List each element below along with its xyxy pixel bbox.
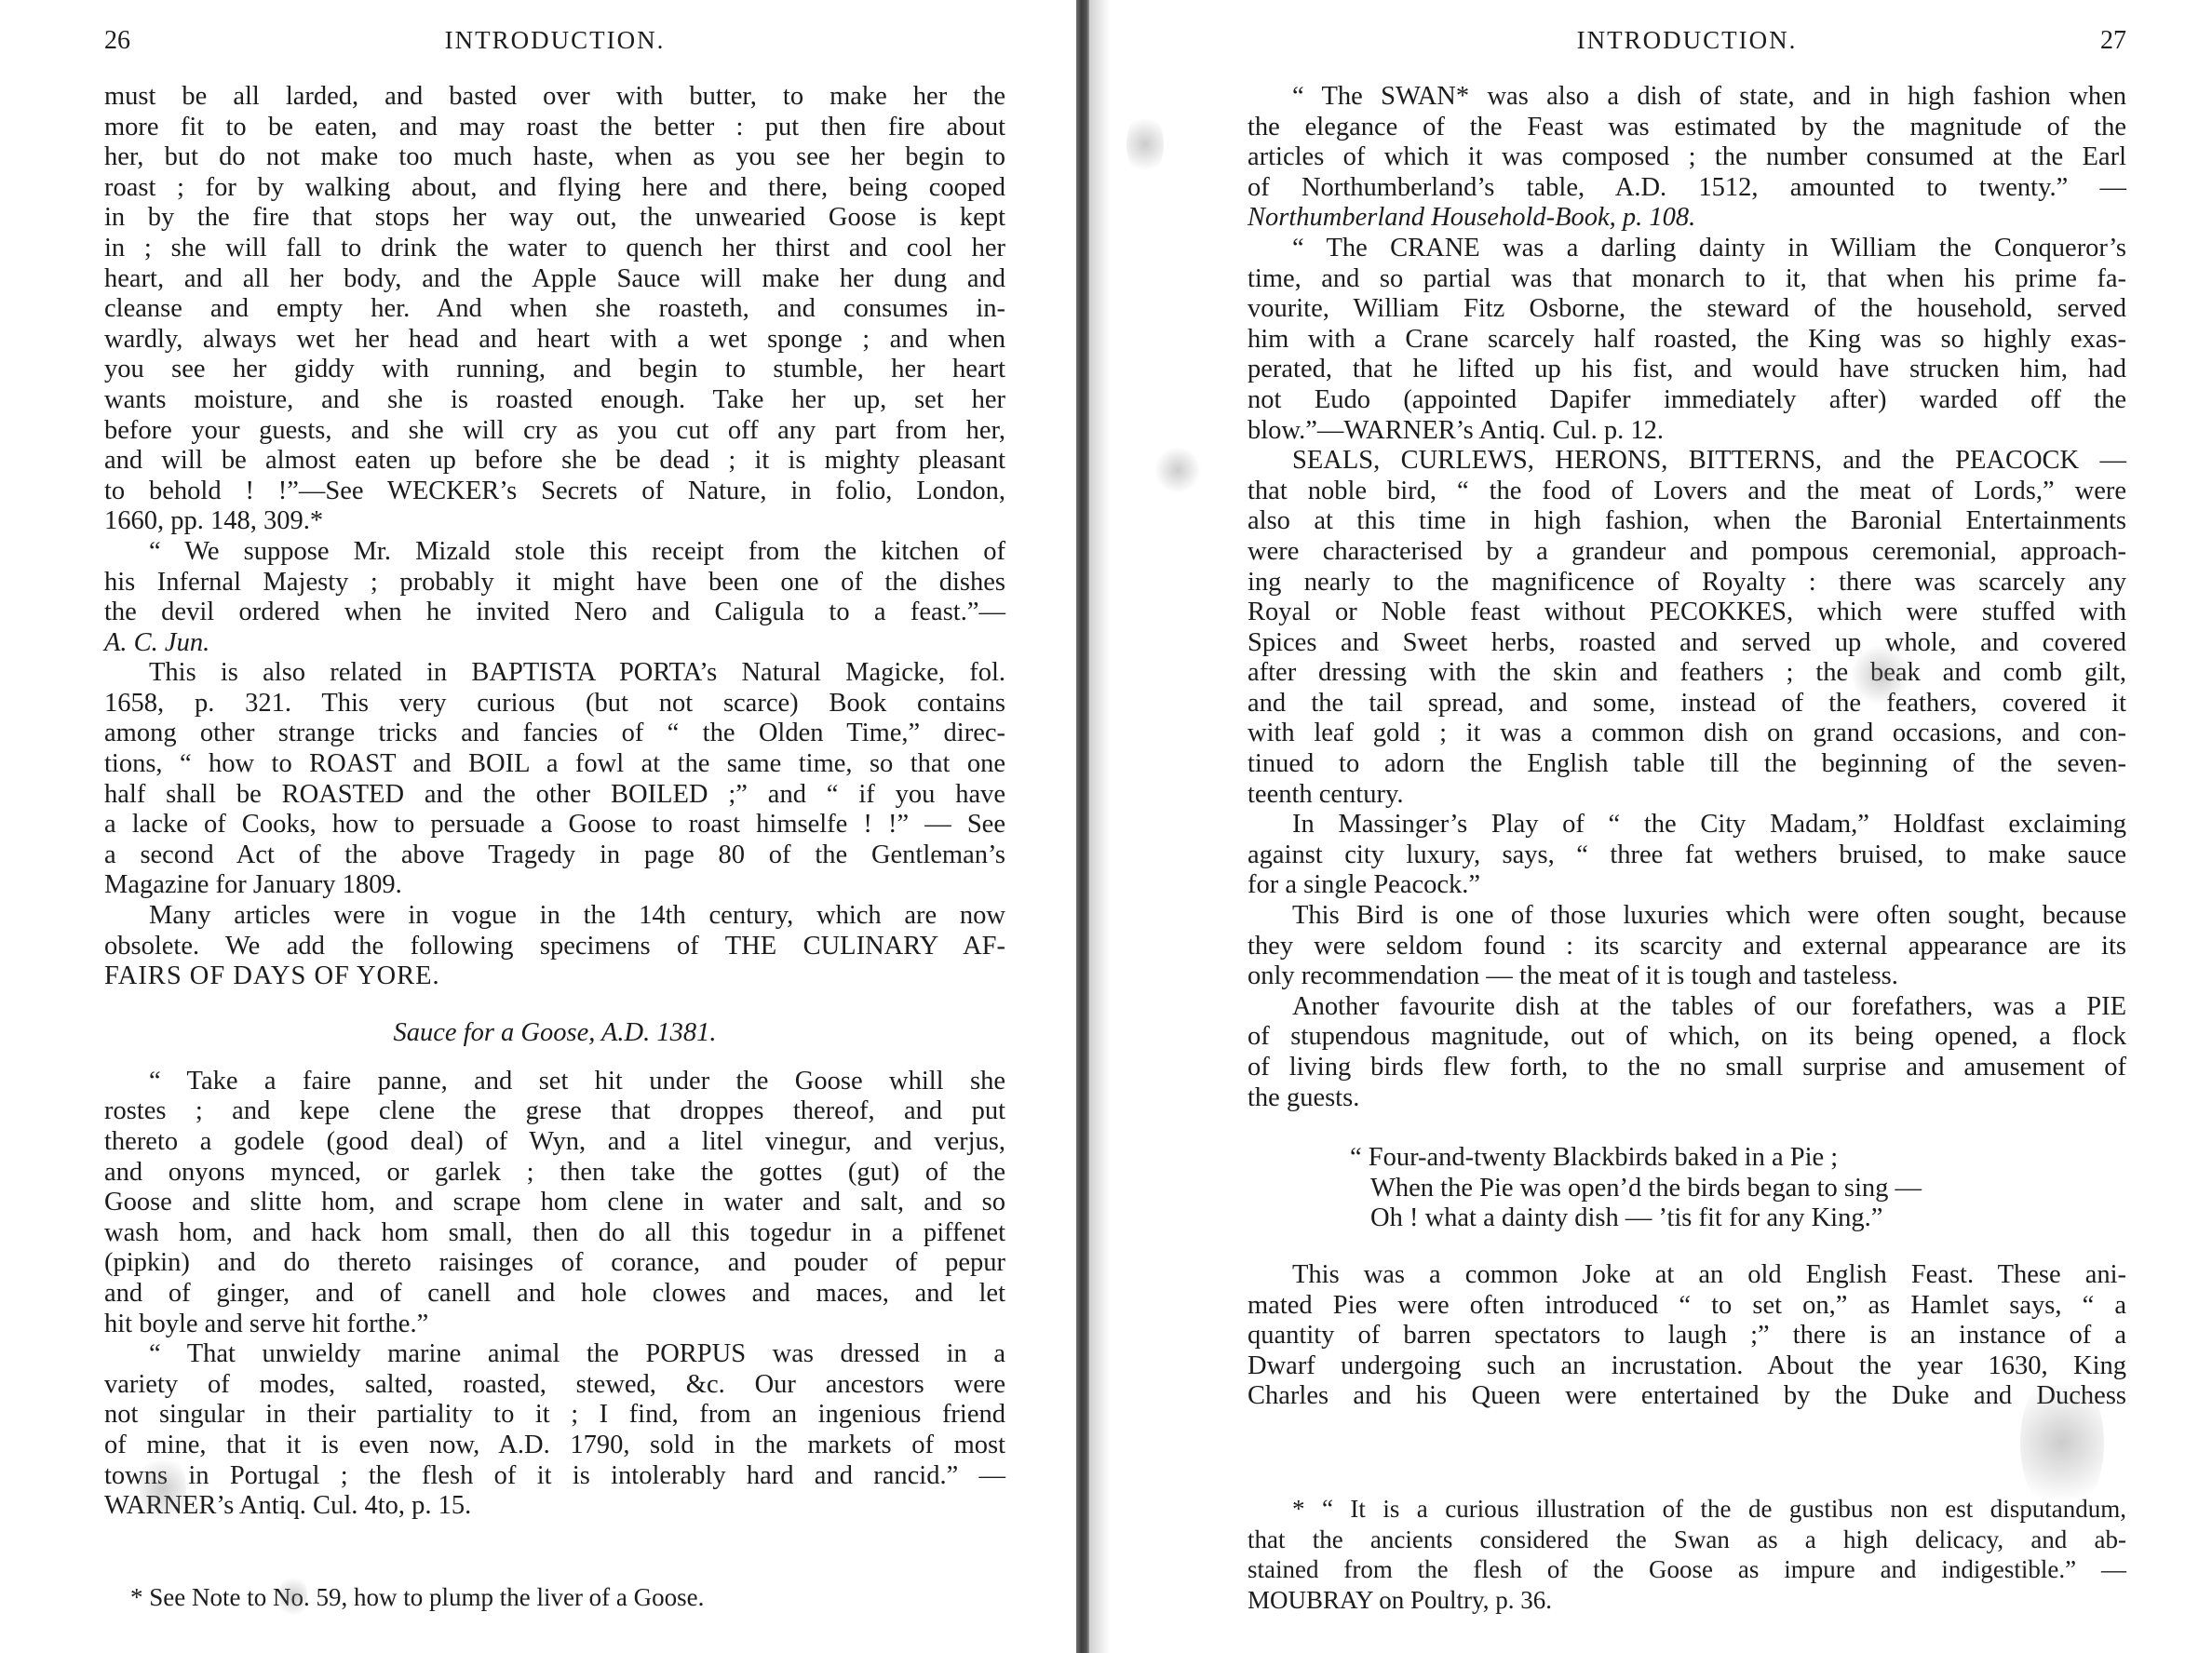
text-line: FAIRS OF DAYS OF YORE.	[104, 961, 1005, 992]
text-line: 1660, pp. 148, 309.*	[104, 506, 1005, 537]
text-line: towns in Portugal ; the flesh of it is i…	[104, 1461, 1005, 1492]
text-line: in ; she will fall to drink the water to…	[104, 234, 1005, 264]
paragraph-sauce-recipe: “ Take a faire panne, and set hit under …	[104, 1067, 1005, 1339]
running-head-title: INTRODUCTION.	[1248, 26, 2126, 55]
paragraph-mizald: “ We suppose Mr. Mizald stole this recei…	[104, 537, 1005, 658]
text-line: tions, “ how to ROAST and BOIL a fowl at…	[104, 749, 1005, 780]
text-line: SEALS, CURLEWS, HERONS, BITTERNS, and th…	[1248, 446, 2126, 477]
text-line: quantity of barren spectators to laugh ;…	[1248, 1321, 2126, 1351]
text-line: wardly, always wet her head and heart wi…	[104, 325, 1005, 356]
text-line: Many articles were in vogue in the 14th …	[104, 901, 1005, 932]
text-line: before your guests, and she will cry as …	[104, 416, 1005, 447]
text-line: his Infernal Majesty ; probably it might…	[104, 568, 1005, 598]
footnote-line: MOUBRAY on Poultry, p. 36.	[1248, 1585, 2126, 1616]
text-line: you see her giddy with running, and begi…	[104, 355, 1005, 385]
text-line: more fit to be eaten, and may roast the …	[104, 113, 1005, 143]
paragraph-peacock: SEALS, CURLEWS, HERONS, BITTERNS, and th…	[1248, 446, 2126, 810]
running-head-right: INTRODUCTION. 27	[1248, 26, 2126, 82]
paragraph-goose-recipe: must be all larded, and basted over with…	[104, 82, 1005, 537]
text-line: A. C. Jun.	[104, 628, 1005, 659]
text-line: her, but do not make too much haste, whe…	[104, 142, 1005, 173]
paragraph-joke: This was a common Joke at an old English…	[1248, 1260, 2126, 1412]
text-line: articles of which it was composed ; the …	[1248, 142, 2126, 173]
text-line: vourite, William Fitz Osborne, the stewa…	[1248, 294, 2126, 325]
text-line: Northumberland Household-Book, p. 108.	[1248, 203, 2126, 234]
scan-smudge	[140, 1452, 186, 1526]
paragraph-bird-luxury: This Bird is one of those luxuries which…	[1248, 901, 2126, 992]
page-number: 27	[2100, 26, 2126, 56]
text-line: rostes ; and kepe clene the grese that d…	[104, 1096, 1005, 1127]
text-line: teenth century.	[1248, 780, 2126, 811]
text-line: “ The SWAN* was also a dish of state, an…	[1248, 82, 2126, 113]
text-line: This is also related in BAPTISTA PORTA’s…	[104, 658, 1005, 689]
text-line: perated, that he lifted up his fist, and…	[1248, 355, 2126, 385]
text-line: Goose and slitte hom, and scrape hom cle…	[104, 1188, 1005, 1218]
text-line: the guests.	[1248, 1083, 2126, 1114]
verse-line: When the Pie was open’d the birds began …	[1350, 1174, 2126, 1204]
text-line: tinued to adorn the English table till t…	[1248, 749, 2126, 780]
text-line: for a single Peacock.”	[1248, 870, 2126, 901]
text-line: of stupendous magnitude, out of which, o…	[1248, 1022, 2126, 1053]
text-line: “ The CRANE was a darling dainty in Will…	[1248, 234, 2126, 264]
footnote-line: * “ It is a curious illustration of the …	[1248, 1494, 2126, 1525]
text-line: not singular in their partiality to it ;…	[104, 1400, 1005, 1431]
paragraph-swan: “ The SWAN* was also a dish of state, an…	[1248, 82, 2126, 234]
scan-smudge	[1154, 447, 1201, 493]
text-line: in by the fire that stops her way out, t…	[104, 203, 1005, 234]
text-line: and will be almost eaten up before she b…	[104, 446, 1005, 477]
text-line: Dwarf undergoing such an incrustation. A…	[1248, 1351, 2126, 1382]
text-line: ing nearly to the magnificence of Royalt…	[1248, 568, 2126, 598]
text-line: against city luxury, says, “ three fat w…	[1248, 840, 2126, 871]
footnote-left: * See Note to No. 59, how to plump the l…	[130, 1582, 704, 1612]
footnote-right: * “ It is a curious illustration of the …	[1248, 1494, 2126, 1615]
scan-smudge	[1126, 112, 1164, 177]
text-line: not Eudo (appointed Dapifer immediately …	[1248, 385, 2126, 416]
text-line: “ We suppose Mr. Mizald stole this recei…	[104, 537, 1005, 568]
text-line: Charles and his Queen were entertained b…	[1248, 1381, 2126, 1412]
text-line: roast ; for by walking about, and flying…	[104, 173, 1005, 204]
text-line: they were seldom found : its scarcity an…	[1248, 932, 2126, 962]
verse-line: “ Four-and-twenty Blackbirds baked in a …	[1350, 1143, 2126, 1174]
text-line: variety of modes, salted, roasted, stewe…	[104, 1370, 1005, 1401]
text-line: Royal or Noble feast without PECOKKES, w…	[1248, 598, 2126, 628]
nursery-rhyme-verse: “ Four-and-twenty Blackbirds baked in a …	[1248, 1143, 2126, 1234]
verse-line: Oh ! what a dainty dish — ’tis fit for a…	[1350, 1203, 2126, 1234]
text-line: cleanse and empty her. And when she roas…	[104, 294, 1005, 325]
text-line: (pipkin) and do thereto raisinges of cor…	[104, 1248, 1005, 1279]
text-line: were characterised by a grandeur and pom…	[1248, 537, 2126, 568]
right-page: INTRODUCTION. 27 “ The SWAN* was also a …	[1248, 0, 2126, 1653]
footnote-line: that the ancients considered the Swan as…	[1248, 1525, 2126, 1555]
text-line: mated Pies were often introduced “ to se…	[1248, 1291, 2126, 1322]
text-line: “ Take a faire panne, and set hit under …	[104, 1067, 1005, 1097]
text-line: This Bird is one of those luxuries which…	[1248, 901, 2126, 932]
paragraph-porta: This is also related in BAPTISTA PORTA’s…	[104, 658, 1005, 901]
text-line: hit boyle and serve hit forthe.”	[104, 1310, 1005, 1340]
paragraph-pie: Another favourite dish at the tables of …	[1248, 992, 2126, 1113]
text-line: must be all larded, and basted over with…	[104, 82, 1005, 113]
text-line: that noble bird, “ the food of Lovers an…	[1248, 477, 2126, 507]
text-line: the elegance of the Feast was estimated …	[1248, 113, 2126, 143]
text-line: and of ginger, and of canell and hole cl…	[104, 1279, 1005, 1310]
text-line: among other strange tricks and fancies o…	[104, 719, 1005, 749]
gutter-shadow	[1089, 0, 1110, 1653]
scan-smudge	[2020, 1368, 2104, 1517]
text-line: Another favourite dish at the tables of …	[1248, 992, 2126, 1023]
paragraph-porpus: “ That unwieldy marine animal the PORPUS…	[104, 1339, 1005, 1522]
text-line: him with a Crane scarcely half roasted, …	[1248, 325, 2126, 356]
text-line: thereto a godele (good deal) of Wyn, and…	[104, 1127, 1005, 1158]
paragraph-culinary-affairs: Many articles were in vogue in the 14th …	[104, 901, 1005, 992]
text-line: WARNER’s Antiq. Cul. 4to, p. 15.	[104, 1491, 1005, 1522]
left-page: 26 INTRODUCTION. must be all larded, and…	[104, 0, 1005, 1653]
text-line: only recommendation — the meat of it is …	[1248, 961, 2126, 992]
text-line: to behold ! !”—See WECKER’s Secrets of N…	[104, 477, 1005, 507]
text-line: obsolete. We add the following specimens…	[104, 932, 1005, 962]
text-line: of mine, that it is even now, A.D. 1790,…	[104, 1431, 1005, 1461]
text-line: a second Act of the above Tragedy in pag…	[104, 840, 1005, 871]
text-line: wash hom, and hack hom small, then do al…	[104, 1218, 1005, 1249]
text-line: the devil ordered when he invited Nero a…	[104, 598, 1005, 628]
text-line: time, and so partial was that monarch to…	[1248, 264, 2126, 295]
text-line: “ That unwieldy marine animal the PORPUS…	[104, 1339, 1005, 1370]
text-line: and the tail spread, and some, instead o…	[1248, 689, 2126, 719]
running-head-left: 26 INTRODUCTION.	[104, 26, 1005, 82]
running-head-title: INTRODUCTION.	[104, 26, 1005, 55]
text-line: This was a common Joke at an old English…	[1248, 1260, 2126, 1291]
text-line: and onyons mynced, or garlek ; then take…	[104, 1158, 1005, 1189]
text-line: a lacke of Cooks, how to persuade a Goos…	[104, 810, 1005, 840]
text-line: of Northumberland’s table, A.D. 1512, am…	[1248, 173, 2126, 204]
text-line: wants moisture, and she is roasted enoug…	[104, 385, 1005, 416]
text-line: with leaf gold ; it was a common dish on…	[1248, 719, 2126, 749]
text-line: 1658, p. 321. This very curious (but not…	[104, 689, 1005, 719]
section-heading: Sauce for a Goose, A.D. 1381.	[104, 1018, 1005, 1048]
text-line: of living birds flew forth, to the no sm…	[1248, 1053, 2126, 1083]
text-line: also at this time in high fashion, when …	[1248, 506, 2126, 537]
text-line: Magazine for January 1809.	[104, 870, 1005, 901]
paragraph-massinger: In Massinger’s Play of “ the City Madam,…	[1248, 810, 2126, 901]
text-line: blow.”—WARNER’s Antiq. Cul. p. 12.	[1248, 416, 2126, 447]
text-line: half shall be ROASTED and the other BOIL…	[104, 780, 1005, 811]
scan-smudge	[279, 1573, 307, 1619]
paragraph-crane: “ The CRANE was a darling dainty in Will…	[1248, 234, 2126, 446]
text-line: heart, and all her body, and the Apple S…	[104, 264, 1005, 295]
footnote-line: stained from the flesh of the Goose as i…	[1248, 1554, 2126, 1585]
text-line: after dressing with the skin and feather…	[1248, 658, 2126, 689]
text-line: Spices and Sweet herbs, roasted and serv…	[1248, 628, 2126, 659]
text-line: In Massinger’s Play of “ the City Madam,…	[1248, 810, 2126, 840]
scan-smudge	[1853, 642, 1909, 707]
book-gutter	[1076, 0, 1089, 1653]
